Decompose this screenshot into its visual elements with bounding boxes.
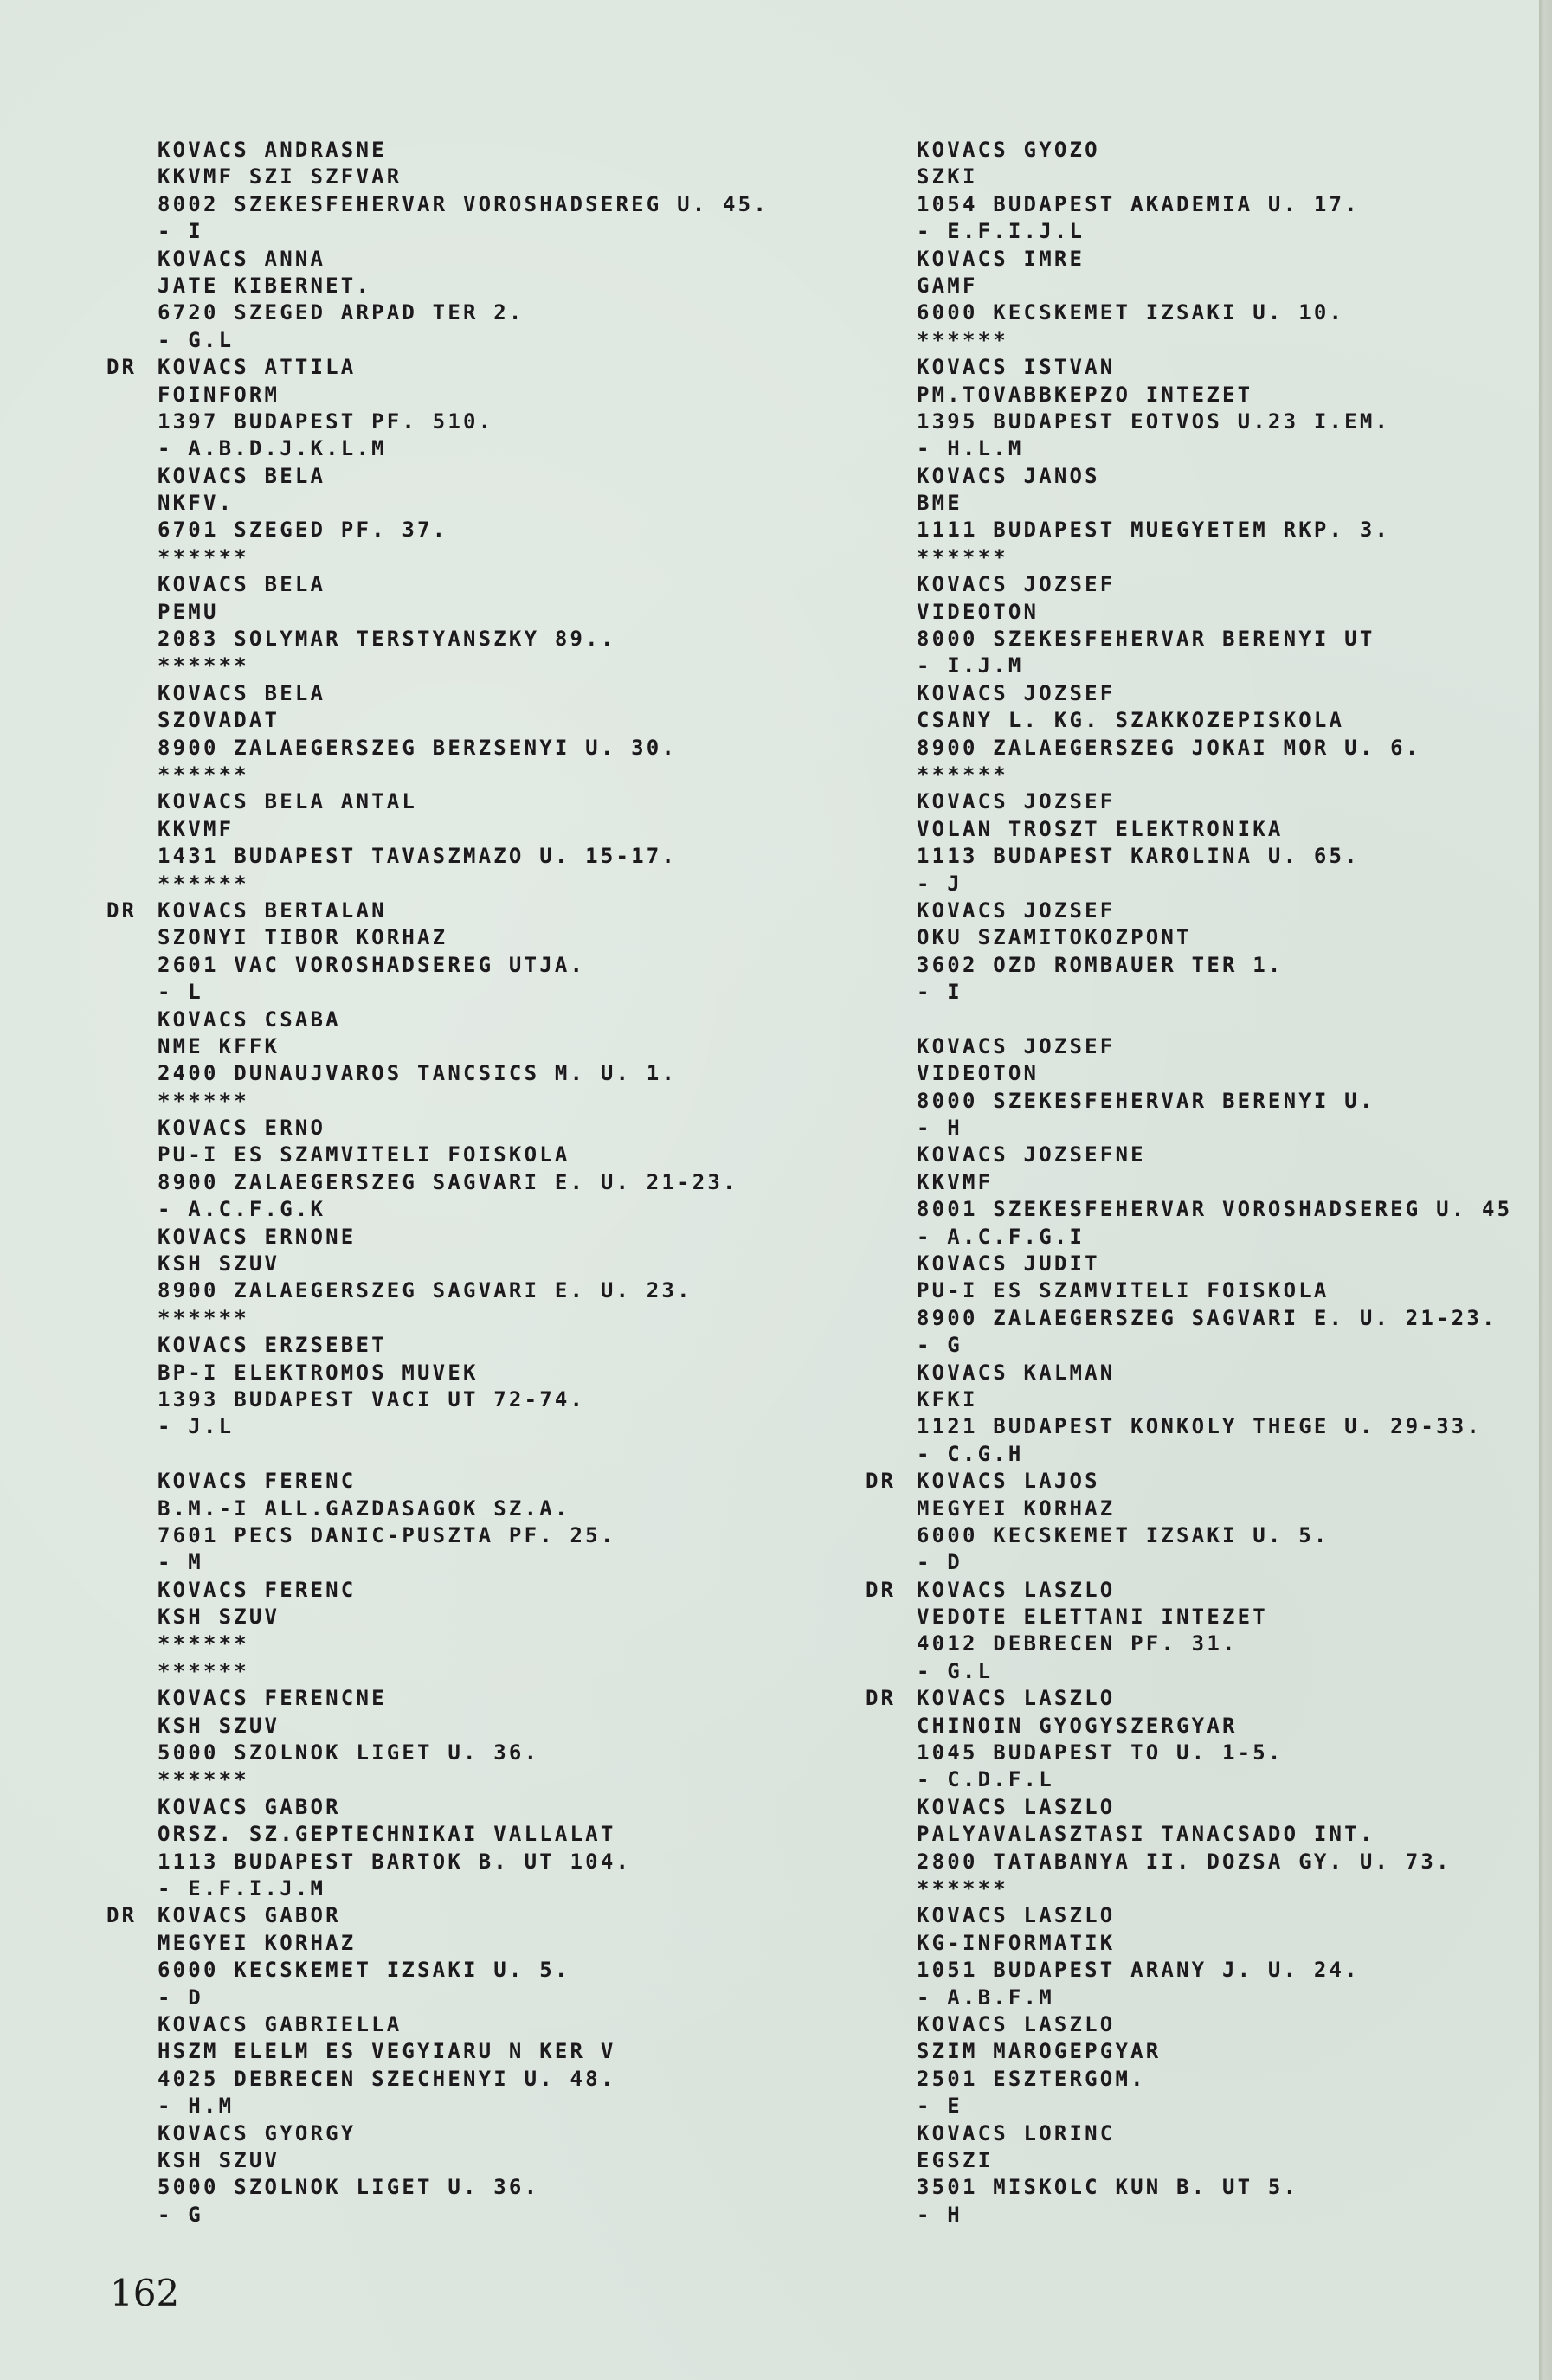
entry-name: KOVACS GYORGY — [106, 2120, 769, 2147]
entry-institution: KG-INFORMATIK — [866, 1930, 1512, 1957]
entry-address: 8001 SZEKESFEHERVAR VOROSHADSEREG U. 45 — [866, 1196, 1512, 1223]
entry-name: KOVACS GABRIELLA — [106, 2011, 769, 2038]
line-text: - H — [917, 1116, 963, 1140]
line-text: KOVACS LASZLO — [917, 1795, 1115, 1819]
entry-institution: SZKI — [866, 164, 1512, 190]
entry-separator: ****** — [106, 1088, 769, 1115]
line-text: KOVACS KALMAN — [917, 1360, 1115, 1385]
entry-codes: - C.D.F.L — [866, 1766, 1512, 1793]
line-text: KOVACS ERNONE — [158, 1225, 356, 1249]
entry-name: KOVACS LASZLO — [866, 2011, 1512, 2038]
page-number: 162 — [110, 2272, 179, 2314]
entry-codes: - A.C.F.G.I — [866, 1224, 1512, 1251]
line-text: ****** — [158, 1767, 249, 1791]
entry-name: DRKOVACS ATTILA — [106, 354, 769, 381]
line-text: KOVACS JANOS — [917, 464, 1100, 488]
entry-institution: BP-I ELEKTROMOS MUVEK — [106, 1360, 769, 1386]
line-text: KOVACS JOZSEF — [917, 681, 1115, 705]
entry-separator: ****** — [106, 544, 769, 571]
entry-name: KOVACS LASZLO — [866, 1794, 1512, 1821]
line-text: KOVACS LASZLO — [917, 1578, 1115, 1602]
line-text: 1395 BUDAPEST EOTVOS U.23 I.EM. — [917, 409, 1390, 434]
line-text: 8900 ZALAEGERSZEG SAGVARI E. U. 23. — [158, 1278, 692, 1303]
entry-codes: - L — [106, 979, 769, 1006]
entry-address: 6720 SZEGED ARPAD TER 2. — [106, 299, 769, 326]
line-text: - A.B.F.M — [917, 1985, 1054, 2010]
line-text: - M — [158, 1550, 203, 1574]
entry-codes: - A.C.F.G.K — [106, 1196, 769, 1223]
entry-institution: CHINOIN GYOGYSZERGYAR — [866, 1713, 1512, 1740]
line-text: MEGYEI KORHAZ — [917, 1496, 1115, 1521]
line-text: - L — [158, 980, 203, 1004]
entry-institution: KSH SZUV — [106, 2147, 769, 2174]
right-column: KOVACS GYOZOSZKI1054 BUDAPEST AKADEMIA U… — [866, 137, 1512, 2229]
line-text: KOVACS LORINC — [917, 2121, 1115, 2145]
line-text: - J.L — [158, 1414, 234, 1438]
entry-codes: - I.J.M — [866, 653, 1512, 679]
line-text: ****** — [158, 1306, 249, 1330]
line-text: 1397 BUDAPEST PF. 510. — [158, 409, 493, 434]
entry-institution: NME KFFK — [106, 1033, 769, 1060]
line-text: KOVACS JOZSEF — [917, 1034, 1115, 1058]
line-text: 2800 TATABANYA II. DOZSA GY. U. 73. — [917, 1849, 1452, 1874]
line-text: KOVACS GYOZO — [917, 138, 1100, 162]
line-text: 1045 BUDAPEST TO U. 1-5. — [917, 1740, 1284, 1765]
entry-codes: - J.L — [106, 1413, 769, 1440]
line-text: VEDOTE ELETTANI INTEZET — [917, 1605, 1268, 1629]
entry-name: KOVACS FERENC — [106, 1468, 769, 1495]
line-text: KOVACS JOZSEF — [917, 572, 1115, 596]
entry-institution: SZONYI TIBOR KORHAZ — [106, 924, 769, 951]
line-text: 8900 ZALAEGERSZEG SAGVARI E. U. 21-23. — [917, 1306, 1497, 1330]
line-text: 1113 BUDAPEST BARTOK B. UT 104. — [158, 1849, 631, 1874]
left-column: KOVACS ANDRASNEKKVMF SZI SZFVAR8002 SZEK… — [106, 137, 769, 2229]
line-text: PALYAVALASZTASI TANACSADO INT. — [917, 1822, 1375, 1846]
line-text: 1051 BUDAPEST ARANY J. U. 24. — [917, 1958, 1360, 1982]
line-text: 3602 OZD ROMBAUER TER 1. — [917, 953, 1284, 977]
entry-address: 1393 BUDAPEST VACI UT 72-74. — [106, 1386, 769, 1413]
line-text: KOVACS FERENCNE — [158, 1686, 387, 1710]
entry-address: 8002 SZEKESFEHERVAR VOROSHADSEREG U. 45. — [106, 191, 769, 218]
entry-institution: MEGYEI KORHAZ — [106, 1930, 769, 1957]
entry-address: 5000 SZOLNOK LIGET U. 36. — [106, 1740, 769, 1766]
entry-name: KOVACS JUDIT — [866, 1251, 1512, 1277]
entry-name: KOVACS FERENC — [106, 1577, 769, 1604]
line-text: KSH SZUV — [158, 1251, 280, 1276]
entry-name: KOVACS BELA — [106, 463, 769, 490]
entry-codes: - G.L — [106, 327, 769, 354]
entry-address: 1431 BUDAPEST TAVASZMAZO U. 15-17. — [106, 843, 769, 870]
entry-codes: - E.F.I.J.M — [106, 1875, 769, 1902]
line-text: 2601 VAC VOROSHADSEREG UTJA. — [158, 953, 585, 977]
entry-address: 1113 BUDAPEST KAROLINA U. 65. — [866, 843, 1512, 870]
entry-institution: CSANY L. KG. SZAKKOZEPISKOLA — [866, 707, 1512, 734]
line-text: 4025 DEBRECEN SZECHENYI U. 48. — [158, 2067, 615, 2091]
entry-institution: ORSZ. SZ.GEPTECHNIKAI VALLALAT — [106, 1821, 769, 1848]
line-text: 1121 BUDAPEST KONKOLY THEGE U. 29-33. — [917, 1414, 1482, 1438]
line-text: ****** — [917, 545, 1008, 569]
line-text: 8900 ZALAEGERSZEG BERZSENYI U. 30. — [158, 736, 677, 760]
entry-address: 1395 BUDAPEST EOTVOS U.23 I.EM. — [866, 408, 1512, 435]
line-text: KOVACS LASZLO — [917, 1686, 1115, 1710]
line-text: - G — [158, 2203, 203, 2227]
entry-codes: - E.F.I.J.L — [866, 218, 1512, 245]
line-text: - A.C.F.G.I — [917, 1225, 1085, 1249]
entry-address: 1111 BUDAPEST MUEGYETEM RKP. 3. — [866, 517, 1512, 544]
entry-name: KOVACS ISTVAN — [866, 354, 1512, 381]
line-text: PU-I ES SZAMVITELI FOISKOLA — [158, 1142, 570, 1167]
entry-institution: EGSZI — [866, 2147, 1512, 2174]
entry-codes: - I — [106, 218, 769, 245]
line-text: KOVACS ERNO — [158, 1116, 325, 1140]
entry-name: KOVACS JOZSEFNE — [866, 1142, 1512, 1168]
entry-codes: - C.G.H — [866, 1441, 1512, 1468]
line-text: ****** — [917, 328, 1008, 352]
line-text: ****** — [158, 1631, 249, 1656]
line-text: NME KFFK — [158, 1034, 280, 1058]
entry-separator: ****** — [106, 653, 769, 679]
line-text: KOVACS GABOR — [158, 1795, 341, 1819]
line-text: VOLAN TROSZT ELEKTRONIKA — [917, 817, 1284, 841]
line-text: KKVMF — [917, 1170, 993, 1194]
entry-institution: KSH SZUV — [106, 1713, 769, 1740]
entry-address: 1121 BUDAPEST KONKOLY THEGE U. 29-33. — [866, 1413, 1512, 1440]
entry-institution: KKVMF — [866, 1169, 1512, 1196]
title-prefix: DR — [106, 897, 158, 924]
entry-address: 6000 KECSKEMET IZSAKI U. 10. — [866, 299, 1512, 326]
line-text: - A.B.D.J.K.L.M — [158, 436, 387, 460]
line-text: KOVACS BELA ANTAL — [158, 789, 417, 814]
line-text: KOVACS BELA — [158, 572, 325, 596]
entry-separator: ****** — [866, 762, 1512, 788]
line-text: KOVACS BELA — [158, 681, 325, 705]
line-text: 1111 BUDAPEST MUEGYETEM RKP. 3. — [917, 518, 1390, 542]
entry-address: 3501 MISKOLC KUN B. UT 5. — [866, 2174, 1512, 2201]
entry-name: KOVACS GABOR — [106, 1794, 769, 1821]
line-text: KOVACS ANDRASNE — [158, 138, 387, 162]
entry-name: KOVACS ANNA — [106, 246, 769, 273]
entry-institution: VEDOTE ELETTANI INTEZET — [866, 1604, 1512, 1631]
entry-name: DRKOVACS LASZLO — [866, 1685, 1512, 1712]
entry-separator: ****** — [866, 327, 1512, 354]
line-text: BP-I ELEKTROMOS MUVEK — [158, 1360, 479, 1385]
line-text: KOVACS CSABA — [158, 1007, 341, 1032]
entry-institution: PALYAVALASZTASI TANACSADO INT. — [866, 1821, 1512, 1848]
line-text: KSH SZUV — [158, 1714, 280, 1738]
line-text: 8900 ZALAEGERSZEG SAGVARI E. U. 21-23. — [158, 1170, 738, 1194]
line-text: ****** — [158, 1659, 249, 1683]
entry-name: KOVACS JOZSEF — [866, 571, 1512, 598]
line-text: - G.L — [158, 328, 234, 352]
entry-address: 6000 KECSKEMET IZSAKI U. 5. — [866, 1522, 1512, 1549]
entry-codes: - J — [866, 871, 1512, 897]
line-text: OKU SZAMITOKOZPONT — [917, 925, 1192, 949]
line-text: KOVACS JOZSEF — [917, 789, 1115, 814]
line-text: VIDEOTON — [917, 600, 1039, 624]
entry-institution: KKVMF — [106, 816, 769, 843]
line-text: KOVACS LASZLO — [917, 1903, 1115, 1927]
line-text: KOVACS JOZSEF — [917, 898, 1115, 923]
entry-institution: KFKI — [866, 1386, 1512, 1413]
entry-institution: JATE KIBERNET. — [106, 273, 769, 299]
line-text: FOINFORM — [158, 383, 280, 407]
line-text: KOVACS FERENC — [158, 1578, 356, 1602]
line-text: KKVMF SZI SZFVAR — [158, 164, 402, 189]
line-text: VIDEOTON — [917, 1061, 1039, 1085]
title-prefix: DR — [866, 1468, 917, 1495]
entry-name: KOVACS JOZSEF — [866, 897, 1512, 924]
line-text: - G.L — [917, 1659, 993, 1683]
entry-address: 5000 SZOLNOK LIGET U. 36. — [106, 2174, 769, 2201]
entry-institution: VIDEOTON — [866, 599, 1512, 626]
line-text: 2501 ESZTERGOM. — [917, 2067, 1146, 2091]
line-text: KOVACS GYORGY — [158, 2121, 356, 2145]
line-text: - J — [917, 872, 963, 896]
line-text: PU-I ES SZAMVITELI FOISKOLA — [917, 1278, 1330, 1303]
line-text: - E.F.I.J.M — [158, 1876, 325, 1901]
directory-page: KOVACS ANDRASNEKKVMF SZI SZFVAR8002 SZEK… — [0, 0, 1539, 2380]
entry-name: KOVACS JANOS — [866, 463, 1512, 490]
line-text: KOVACS GABRIELLA — [158, 2012, 402, 2036]
line-text: 2083 SOLYMAR TERSTYANSZKY 89.. — [158, 627, 615, 651]
entry-address: 6000 KECSKEMET IZSAKI U. 5. — [106, 1957, 769, 1984]
entry-address: 8000 SZEKESFEHERVAR BERENYI U. — [866, 1088, 1512, 1115]
entry-address: 1397 BUDAPEST PF. 510. — [106, 408, 769, 435]
entry-separator: ****** — [106, 1631, 769, 1657]
title-prefix: DR — [866, 1685, 917, 1712]
line-text: KOVACS GABOR — [158, 1903, 341, 1927]
entry-separator: ****** — [106, 1305, 769, 1332]
entry-name: DRKOVACS GABOR — [106, 1902, 769, 1929]
line-text: KKVMF — [158, 817, 234, 841]
line-text: SZONYI TIBOR KORHAZ — [158, 925, 448, 949]
line-text: ****** — [158, 653, 249, 678]
line-text: 5000 SZOLNOK LIGET U. 36. — [158, 2175, 539, 2199]
entry-institution: FOINFORM — [106, 382, 769, 408]
entry-address: 1113 BUDAPEST BARTOK B. UT 104. — [106, 1849, 769, 1875]
entry-codes: - D — [866, 1549, 1512, 1576]
entry-name: KOVACS ERNO — [106, 1115, 769, 1142]
entry-separator: ****** — [106, 871, 769, 897]
line-text: ****** — [917, 1876, 1008, 1901]
blank-line — [106, 1441, 769, 1468]
entry-name: KOVACS JOZSEF — [866, 1033, 1512, 1060]
line-text: KOVACS BERTALAN — [158, 898, 387, 923]
line-text: 8000 SZEKESFEHERVAR BERENYI UT — [917, 627, 1375, 651]
entry-address: 1054 BUDAPEST AKADEMIA U. 17. — [866, 191, 1512, 218]
entry-address: 7601 PECS DANIC-PUSZTA PF. 25. — [106, 1522, 769, 1549]
line-text: BME — [917, 491, 963, 515]
line-text: PEMU — [158, 600, 219, 624]
line-text: JATE KIBERNET. — [158, 273, 371, 298]
line-text: - E.F.I.J.L — [917, 219, 1085, 243]
entry-codes: - G — [866, 1332, 1512, 1359]
entry-institution: PEMU — [106, 599, 769, 626]
entry-codes: - H.M — [106, 2093, 769, 2119]
entry-institution: KSH SZUV — [106, 1251, 769, 1277]
line-text: - H.L.M — [917, 436, 1024, 460]
line-text: 1431 BUDAPEST TAVASZMAZO U. 15-17. — [158, 844, 677, 868]
line-text: 3501 MISKOLC KUN B. UT 5. — [917, 2175, 1298, 2199]
entry-address: 1051 BUDAPEST ARANY J. U. 24. — [866, 1957, 1512, 1984]
entry-name: KOVACS ERZSEBET — [106, 1332, 769, 1359]
entry-name: KOVACS KALMAN — [866, 1360, 1512, 1386]
entry-institution: KKVMF SZI SZFVAR — [106, 164, 769, 190]
line-text: 8000 SZEKESFEHERVAR BERENYI U. — [917, 1089, 1375, 1113]
entry-address: 4012 DEBRECEN PF. 31. — [866, 1631, 1512, 1657]
entry-address: 8900 ZALAEGERSZEG BERZSENYI U. 30. — [106, 735, 769, 762]
line-text: 5000 SZOLNOK LIGET U. 36. — [158, 1740, 539, 1765]
entry-name: DRKOVACS LAJOS — [866, 1468, 1512, 1495]
line-text: - D — [158, 1985, 203, 2010]
entry-institution: VOLAN TROSZT ELEKTRONIKA — [866, 816, 1512, 843]
line-text: 1113 BUDAPEST KAROLINA U. 65. — [917, 844, 1360, 868]
line-text: 6000 KECSKEMET IZSAKI U. 10. — [917, 300, 1344, 325]
entry-address: 8900 ZALAEGERSZEG SAGVARI E. U. 21-23. — [866, 1305, 1512, 1332]
line-text: 1393 BUDAPEST VACI UT 72-74. — [158, 1387, 585, 1412]
entry-codes: - M — [106, 1549, 769, 1576]
line-text: GAMF — [917, 273, 978, 298]
line-text: - I — [917, 980, 963, 1004]
line-text: 6701 SZEGED PF. 37. — [158, 518, 448, 542]
line-text: ****** — [158, 1089, 249, 1113]
line-text: KOVACS LAJOS — [917, 1469, 1100, 1493]
entry-institution: HSZM ELELM ES VEGYIARU N KER V — [106, 2038, 769, 2065]
line-text: PM.TOVABBKEPZO INTEZET — [917, 383, 1253, 407]
line-text: 2400 DUNAUJVAROS TANCSICS M. U. 1. — [158, 1061, 677, 1085]
title-prefix: DR — [106, 1902, 158, 1929]
line-text: 8002 SZEKESFEHERVAR VOROSHADSEREG U. 45. — [158, 192, 769, 216]
line-text: SZOVADAT — [158, 708, 280, 732]
line-text: MEGYEI KORHAZ — [158, 1931, 356, 1955]
line-text: - C.D.F.L — [917, 1767, 1054, 1791]
entry-codes: - E — [866, 2093, 1512, 2119]
line-text: ****** — [158, 545, 249, 569]
line-text: KOVACS ISTVAN — [917, 355, 1115, 379]
line-text: - A.C.F.G.K — [158, 1197, 325, 1221]
line-text: 6720 SZEGED ARPAD TER 2. — [158, 300, 525, 325]
line-text: 4012 DEBRECEN PF. 31. — [917, 1631, 1238, 1656]
line-text: KOVACS BELA — [158, 464, 325, 488]
line-text: ****** — [917, 762, 1008, 787]
entry-address: 2400 DUNAUJVAROS TANCSICS M. U. 1. — [106, 1060, 769, 1087]
entry-codes: - G — [106, 2202, 769, 2229]
entry-institution: OKU SZAMITOKOZPONT — [866, 924, 1512, 951]
entry-name: DRKOVACS LASZLO — [866, 1577, 1512, 1604]
page-edge — [1539, 0, 1552, 2380]
line-text: HSZM ELELM ES VEGYIARU N KER V — [158, 2039, 615, 2063]
line-text: KOVACS JUDIT — [917, 1251, 1100, 1276]
entry-name: KOVACS ERNONE — [106, 1224, 769, 1251]
entry-name: KOVACS LASZLO — [866, 1902, 1512, 1929]
line-text: - H.M — [158, 2094, 234, 2118]
line-text: ORSZ. SZ.GEPTECHNIKAI VALLALAT — [158, 1822, 615, 1846]
line-text: KOVACS FERENC — [158, 1469, 356, 1493]
entry-name: KOVACS BELA ANTAL — [106, 788, 769, 815]
entry-address: 2800 TATABANYA II. DOZSA GY. U. 73. — [866, 1849, 1512, 1875]
entry-separator: ****** — [106, 1658, 769, 1685]
line-text: - E — [917, 2094, 963, 2118]
entry-name: KOVACS BELA — [106, 680, 769, 707]
entry-address: 8000 SZEKESFEHERVAR BERENYI UT — [866, 626, 1512, 653]
blank-line — [866, 1007, 1512, 1033]
entry-address: 6701 SZEGED PF. 37. — [106, 517, 769, 544]
entry-name: KOVACS IMRE — [866, 246, 1512, 273]
entry-codes: - H — [866, 2202, 1512, 2229]
entry-address: 2601 VAC VOROSHADSEREG UTJA. — [106, 952, 769, 979]
entry-address: 3602 OZD ROMBAUER TER 1. — [866, 952, 1512, 979]
entry-institution: SZIM MAROGEPGYAR — [866, 2038, 1512, 2065]
line-text: KFKI — [917, 1387, 978, 1412]
line-text: - I — [158, 219, 203, 243]
line-text: - G — [917, 1333, 963, 1357]
entry-address: 4025 DEBRECEN SZECHENYI U. 48. — [106, 2066, 769, 2093]
line-text: - H — [917, 2203, 963, 2227]
line-text: KG-INFORMATIK — [917, 1931, 1115, 1955]
line-text: - D — [917, 1550, 963, 1574]
entry-name: KOVACS LORINC — [866, 2120, 1512, 2147]
line-text: ****** — [158, 872, 249, 896]
line-text: EGSZI — [917, 2148, 993, 2172]
entry-name: KOVACS JOZSEF — [866, 788, 1512, 815]
entry-address: 8900 ZALAEGERSZEG SAGVARI E. U. 23. — [106, 1277, 769, 1304]
entry-codes: - D — [106, 1984, 769, 2011]
line-text: CHINOIN GYOGYSZERGYAR — [917, 1714, 1238, 1738]
line-text: KOVACS LASZLO — [917, 2012, 1115, 2036]
line-text: KOVACS ERZSEBET — [158, 1333, 387, 1357]
entry-codes: - A.B.D.J.K.L.M — [106, 435, 769, 462]
line-text: KSH SZUV — [158, 2148, 280, 2172]
entry-institution: PM.TOVABBKEPZO INTEZET — [866, 382, 1512, 408]
entry-separator: ****** — [866, 544, 1512, 571]
entry-separator: ****** — [866, 1875, 1512, 1902]
line-text: 7601 PECS DANIC-PUSZTA PF. 25. — [158, 1523, 615, 1547]
entry-name: KOVACS JOZSEF — [866, 680, 1512, 707]
title-prefix: DR — [106, 354, 158, 381]
line-text: KOVACS ATTILA — [158, 355, 356, 379]
entry-institution: NKFV. — [106, 490, 769, 517]
entry-institution: PU-I ES SZAMVITELI FOISKOLA — [106, 1142, 769, 1168]
entry-codes: - I — [866, 979, 1512, 1006]
line-text: 8900 ZALAEGERSZEG JOKAI MOR U. 6. — [917, 736, 1420, 760]
entry-name: KOVACS GYOZO — [866, 137, 1512, 164]
entry-address: 8900 ZALAEGERSZEG SAGVARI E. U. 21-23. — [106, 1169, 769, 1196]
entry-institution: MEGYEI KORHAZ — [866, 1496, 1512, 1522]
entry-codes: - H.L.M — [866, 435, 1512, 462]
entry-address: 1045 BUDAPEST TO U. 1-5. — [866, 1740, 1512, 1766]
line-text: KOVACS JOZSEFNE — [917, 1142, 1146, 1167]
line-text: CSANY L. KG. SZAKKOZEPISKOLA — [917, 708, 1344, 732]
entry-institution: VIDEOTON — [866, 1060, 1512, 1087]
entry-institution: SZOVADAT — [106, 707, 769, 734]
entry-codes: - G.L — [866, 1658, 1512, 1685]
line-text: 1054 BUDAPEST AKADEMIA U. 17. — [917, 192, 1360, 216]
entry-name: KOVACS ANDRASNE — [106, 137, 769, 164]
entry-institution: PU-I ES SZAMVITELI FOISKOLA — [866, 1277, 1512, 1304]
entry-separator: ****** — [106, 1766, 769, 1793]
entry-institution: B.M.-I ALL.GAZDASAGOK SZ.A. — [106, 1496, 769, 1522]
line-text: - I.J.M — [917, 653, 1024, 678]
line-text: SZIM MAROGEPGYAR — [917, 2039, 1161, 2063]
entry-name: DRKOVACS BERTALAN — [106, 897, 769, 924]
entry-name: KOVACS BELA — [106, 571, 769, 598]
line-text: KSH SZUV — [158, 1605, 280, 1629]
line-text: SZKI — [917, 164, 978, 189]
line-text: 8001 SZEKESFEHERVAR VOROSHADSEREG U. 45 — [917, 1197, 1512, 1221]
line-text: NKFV. — [158, 491, 234, 515]
entry-address: 8900 ZALAEGERSZEG JOKAI MOR U. 6. — [866, 735, 1512, 762]
entry-separator: ****** — [106, 762, 769, 788]
